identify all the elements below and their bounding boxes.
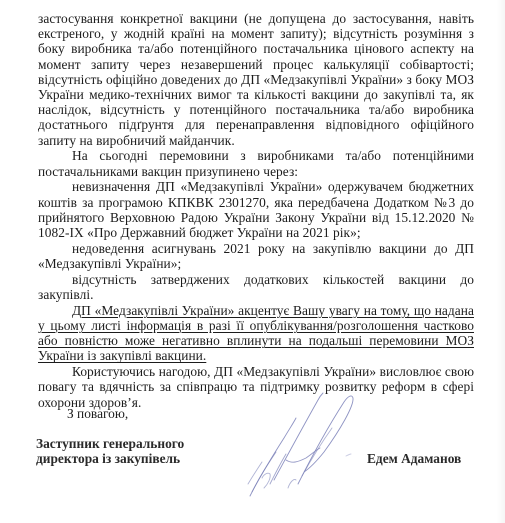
signatory-position-line1: Заступник генерального [36, 436, 184, 451]
letter-body: застосування конкретної вакцини (не допу… [38, 11, 474, 410]
document-page: застосування конкретної вакцини (не допу… [0, 0, 505, 523]
paragraph-reason-allocations: недоведення асигнувань 2021 року на заку… [38, 241, 474, 271]
closing-salutation: З повагою, [67, 406, 128, 421]
paragraph-reason-budget-recipient: невизначення ДП «Медзакупівлі України» о… [38, 179, 474, 240]
signatory-position-line2: директора із закупівель [36, 451, 184, 466]
paragraph-reason-quantities: відсутність затверджених додаткових кіль… [38, 272, 474, 302]
signatory-position: Заступник генерального директора із заку… [36, 436, 184, 466]
paragraph-reasons-continued: застосування конкретної вакцини (не допу… [38, 11, 474, 148]
page-edge-shade [497, 0, 505, 523]
handwritten-signature-icon [240, 388, 370, 500]
paragraph-confidentiality-notice: ДП «Медзакупівлі України» акцентує Вашу … [38, 303, 474, 364]
signatory-name: Едем Адаманов [367, 451, 461, 466]
paragraph-negotiations-suspended: На сьогодні перемовини з виробниками та/… [38, 148, 474, 178]
